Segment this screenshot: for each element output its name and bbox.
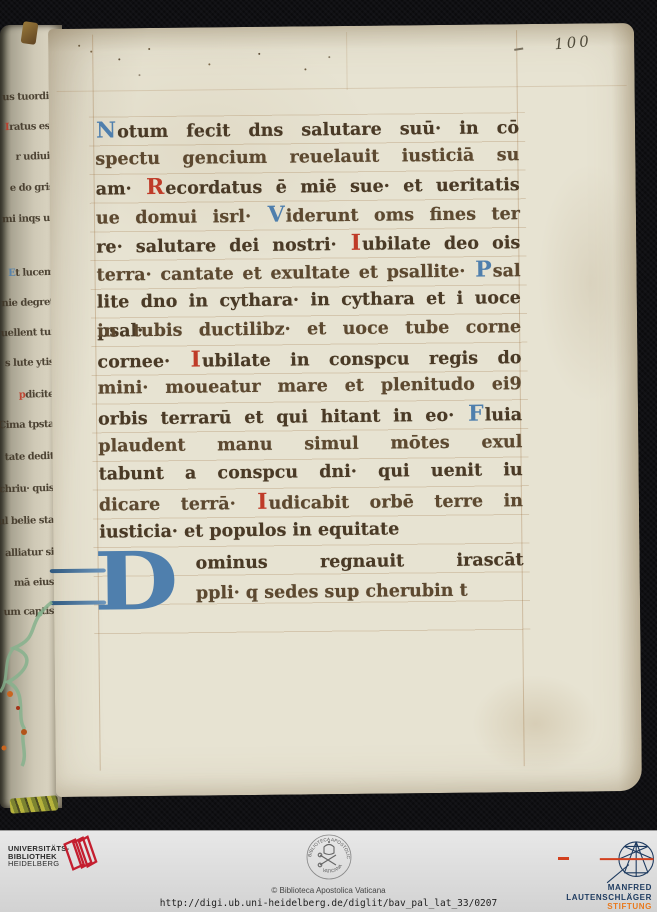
- manuscript-text-line: plaudent manu simul mōtes exul: [98, 428, 522, 461]
- ml-line3: STIFTUNG: [566, 902, 652, 912]
- manuscript-text-line: in tubis ductilibz· et uoce tube corne: [97, 313, 521, 346]
- verso-text-fragment: mā eius: [0, 577, 54, 590]
- green-foliate-flourish: [0, 596, 60, 786]
- manuscript-text-line: ppli· q sedes sup cherubin t: [100, 576, 524, 610]
- seal-arc-text: VATICANA: [321, 862, 343, 873]
- copyright-line: © Biblioteca Apostolica Vaticana: [0, 886, 657, 895]
- verso-text-fragment: nie degret: [0, 297, 54, 310]
- ml-line1: MANFRED: [566, 883, 652, 893]
- vatican-credit: BIBLIOTECA APOSTOLICA VATICANA © Bibliot…: [0, 831, 657, 909]
- illuminated-initial: I: [350, 230, 363, 256]
- psalm-text-block: Notum fecit dns salutare suū· in cōspect…: [95, 112, 523, 547]
- illuminated-initial: N: [95, 117, 117, 143]
- red-dash-mark: [558, 857, 569, 860]
- manuscript-text-line: ue domui isrl· Viderunt oms fines ter: [96, 198, 520, 231]
- verso-text-fragment: ul belie sta: [0, 515, 54, 528]
- ml-line2: LAUTENSCHLÄGER: [566, 893, 652, 903]
- manuscript-text-line: orbis terrarū et qui hitant in eo· Fluia: [98, 399, 522, 432]
- illuminated-initial: F: [467, 400, 485, 426]
- psalm-text-block-after-initial: ominus regnauit irascātppli· q sedes sup…: [99, 546, 524, 609]
- verso-text-fragment: Et lucem: [0, 267, 54, 280]
- verso-text-fragment: chriu· quis: [0, 483, 54, 496]
- verso-text-fragment: e do gris: [0, 182, 54, 195]
- illuminated-initial: I: [189, 346, 202, 372]
- verso-text-fragment: alliatur si: [0, 547, 54, 560]
- illuminated-initial: R: [145, 174, 166, 200]
- ruling-vertical-short: [346, 32, 348, 90]
- manuscript-text-line: Notum fecit dns salutare suū· in cō: [95, 112, 519, 145]
- verso-text-fragment: uellent tui: [0, 327, 54, 340]
- verso-text-fragment: tate dedit: [0, 451, 54, 464]
- clasp-remnant: [21, 21, 39, 45]
- endband-stitching: [10, 795, 59, 813]
- source-url: http://digi.ub.uni-heidelberg.de/diglit/…: [0, 898, 657, 909]
- seal-arc-text: BIBLIOTECA APOSTOLICA: [306, 834, 351, 860]
- svg-text:BIBLIOTECA APOSTOLICA: BIBLIOTECA APOSTOLICA: [306, 834, 351, 860]
- manuscript-text-line: tabunt a conspcu dni· qui uenit iu: [99, 456, 523, 489]
- illuminated-initial: V: [266, 202, 285, 228]
- book-photo: us tuordisIratus estr udiuite do grismi …: [0, 0, 657, 830]
- verso-initial: I: [5, 122, 9, 133]
- folio-number: 100: [553, 32, 592, 54]
- manuscript-text-line: mini· moueatur mare et plenitudo ei9: [98, 370, 522, 403]
- manuscript-text-line: lite dno in cythara· in cythara et i uoc…: [97, 284, 521, 317]
- verso-initial: p: [19, 390, 26, 401]
- manuscript-text-line: cornee· Iubilate in conspcu regis do: [97, 342, 521, 375]
- initial-flourish-tail: [50, 569, 106, 574]
- lautenschlaeger-globe-icon: [598, 837, 657, 885]
- verso-text-fragment: us tuordis: [0, 91, 54, 104]
- vatican-library-seal-icon: BIBLIOTECA APOSTOLICA VATICANA: [306, 834, 352, 880]
- verso-text-fragment: pdicite: [0, 389, 54, 402]
- ruling-horizontal-top: [57, 85, 627, 92]
- folio-dash: [514, 47, 523, 50]
- manuscript-text-line: dicare terrā· Iudicabit orbē terre in: [99, 485, 523, 518]
- manuscript-text-line: spectu gencium reuelauit iusticiā su: [95, 141, 519, 174]
- footer-bar: UNIVERSITÄTS- BIBLIOTHEK HEIDELBERG BIBL…: [0, 830, 657, 912]
- manuscript-text-line: re· salutare dei nostri· Iubilate deo oi…: [96, 227, 520, 260]
- verso-text-fragment: s lute ytis: [0, 357, 54, 370]
- svg-text:VATICANA: VATICANA: [321, 862, 343, 873]
- verso-text-fragment: Iratus est: [0, 121, 54, 134]
- verso-initial: E: [8, 268, 15, 279]
- verso-text-fragment: r udiuit: [0, 151, 54, 164]
- illuminated-initial: P: [474, 257, 493, 283]
- manuscript-text-line: terra· cantate et exultate et psallite· …: [96, 256, 520, 289]
- verso-text-fragment: mi inqs ut: [0, 213, 54, 226]
- illuminated-initial: I: [256, 489, 269, 515]
- digitized-manuscript-viewer-page: us tuordisIratus estr udiuite do grismi …: [0, 0, 657, 912]
- verso-text-fragment: Cima tpsta: [0, 419, 54, 432]
- manuscript-text-line: ominus regnauit irascāt: [99, 546, 523, 580]
- manuscript-page: 100 Notum fecit dns salutare suū· in cōs…: [48, 23, 642, 797]
- lautenschlaeger-wordmark: MANFRED LAUTENSCHLÄGER STIFTUNG: [566, 883, 652, 912]
- parchment-speckles: [78, 45, 80, 47]
- manuscript-text-line: am· Recordatus ē miē sue· et ueritatis: [96, 170, 520, 203]
